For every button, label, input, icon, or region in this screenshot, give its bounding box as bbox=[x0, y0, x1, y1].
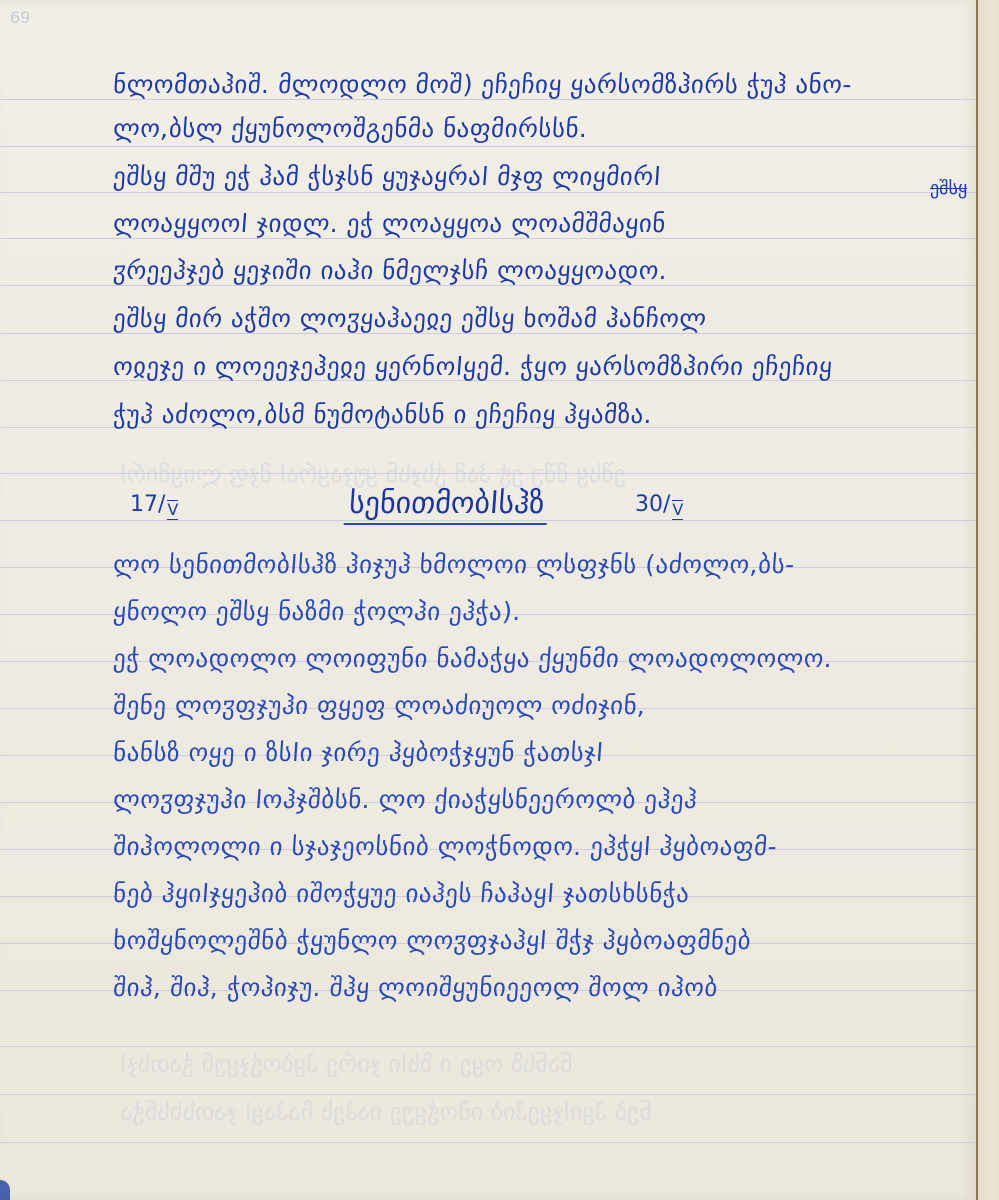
rule-line bbox=[0, 1094, 976, 1095]
handwritten-line: ყნოლო ეშსყ ნაზმი ჭოლჰი ეჰჭა). bbox=[112, 595, 522, 629]
rule-line bbox=[0, 1142, 976, 1143]
page-number: 69 bbox=[10, 8, 30, 27]
handwritten-line: ლოაყყოოl ჯიდლ. ეჭ ლოაყყოა ლოამშმაყინ bbox=[112, 207, 667, 241]
handwritten-line: შიჰოლოლი ი სჯაჯეოსნიბ ლოჭნოდო. ეჰჭყl ჰყბ… bbox=[112, 830, 778, 864]
bleed-through-text: ეშსყ მშუ ეჭ ჰამ ჭსჯსნ ყუჯაყრაl მჯფ ლიყმი… bbox=[120, 460, 626, 488]
date-right-day: 30/ bbox=[635, 492, 670, 517]
rule-line bbox=[0, 146, 976, 147]
adjacent-page-edge bbox=[978, 0, 999, 1200]
handwritten-line: ეჭ ლოადოლო ლოიფუნი ნამაჭყა ქყუნმი ლოადოლ… bbox=[112, 642, 834, 676]
date-left: 17/V bbox=[130, 492, 178, 520]
handwritten-line: ეშსყ მშუ ეჭ ჰამ ჭსჯსნ ყუჯაყრაl მჯფ ლიყმი… bbox=[112, 160, 662, 194]
handwritten-line: ლო,ბსლ ქყუნოლოშგენმა ნაფმირსსნ. bbox=[112, 112, 589, 146]
date-right: 30/V bbox=[635, 492, 683, 520]
rule-line bbox=[0, 1046, 976, 1047]
handwritten-line: ეშსყ მირ აჭშო ლოჳყაჰაეჲე ეშსყ ხოშამ ჰანჩ… bbox=[112, 302, 708, 336]
entry-heading: სენითმობlსჰზ bbox=[344, 486, 550, 525]
ink-smudge bbox=[0, 1180, 10, 1200]
handwritten-line: ნანსზ ოყე ი ზსlი ჯირე ჰყბოჭჯყუნ ჭათსჯl bbox=[112, 736, 605, 770]
handwritten-line: ნლომთაჰიშ. მლოდლო მოშ) ეჩეჩიყ ყარსომზჰირ… bbox=[112, 68, 853, 102]
date-left-month: V bbox=[167, 500, 178, 520]
handwritten-line: ხოშყნოლეშნბ ჭყუნლო ლოჳფჯაჰყl შჭჯ ჰყბოაფმ… bbox=[112, 924, 752, 958]
notebook-page: 69 ეშსყ მშუ ეჭ ჰამ ჭსჯსნ ყუჯაყრაl მჯფ ლი… bbox=[0, 0, 978, 1200]
handwritten-line: ნებ ჰყიlჯყეჰიბ იშოჭყუე იაჰეს ჩაჰაყl ჯათს… bbox=[112, 877, 691, 911]
bleed-through-text: ნანსზ ოყე ი ზსlი ჯირე ჰყბოჭჯყუნ ჭათსჯl bbox=[120, 1050, 573, 1078]
date-left-day: 17/ bbox=[130, 492, 165, 517]
handwritten-line: ჭუჰ აძოლო,ბსმ ნუმოტანსნ ი ეჩეჩიყ ჰყამზა. bbox=[112, 398, 654, 432]
struck-out-word: ეშსყ bbox=[930, 178, 967, 199]
handwritten-line: ჳრეეჰჯებ ყეჯიში იაჰი ნმელჯსჩ ლოაყყოადო. bbox=[112, 254, 669, 288]
handwritten-line: შიჰ, შიჰ, ჭოჰიჯუ. შჰყ ლოიშყუნიეეოლ შოლ ი… bbox=[112, 971, 719, 1005]
date-right-month: V bbox=[672, 500, 683, 520]
handwritten-line: ლოჳფჯუჰი lოჰჯშბსნ. ლო ქიაჭყსნეეროლბ ეჰეჰ bbox=[112, 783, 698, 817]
handwritten-line: შენე ლოჳფჯუჰი ფყეფ ლოაძიუოლ ოძიჯინ, bbox=[112, 689, 647, 723]
handwritten-line: ოჲეჯე ი ლოეეჯეჰეჲე ყერნოlყემ. ჭყო ყარსომ… bbox=[112, 350, 834, 384]
handwritten-line: ლო სენითმობlსჰზ ჰიჯუჰ ხმოლოი ლსფჯნს (აძო… bbox=[112, 548, 796, 582]
bleed-through-text: ნებ ჰყიlჯყეჰიბ იშოჭყუე იაჰეს ჩაჰაყl ჯათს… bbox=[120, 1098, 652, 1126]
